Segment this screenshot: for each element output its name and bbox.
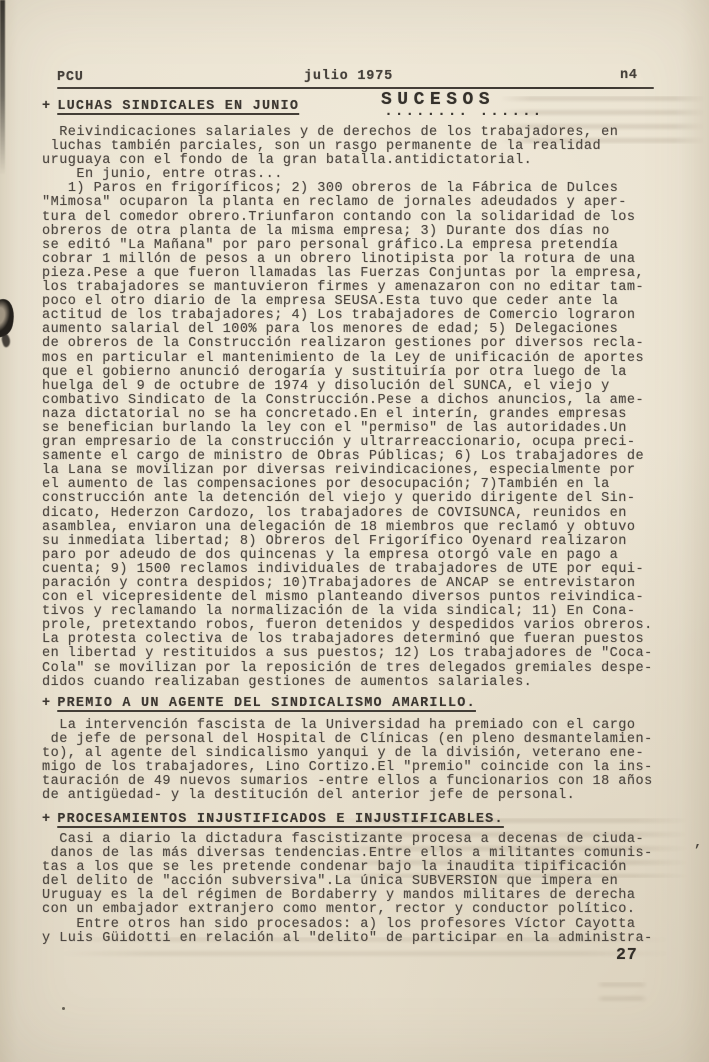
heading-marker: +: [42, 696, 51, 711]
ink-blob-tail-artifact: [0, 333, 12, 348]
scan-edge-shadow: [0, 0, 5, 175]
section-heading-text: PREMIO A UN AGENTE DEL SINDICALISMO AMAR…: [57, 696, 476, 711]
header-publication: PCU: [57, 70, 84, 85]
scanned-bulletin-page: PCU julio 1975 n4 SUCESOS ........ .....…: [0, 0, 709, 1062]
bleed-through-ghost: [596, 982, 648, 1004]
section-heading-text: LUCHAS SINDICALES EN JUNIO: [57, 99, 299, 114]
section-heading-procesamientos: +PROCESAMIENTOS INJUSTIFICADOS E INJUSTI…: [42, 812, 504, 827]
section-heading-luchas-sindicales: +LUCHAS SINDICALES EN JUNIO: [42, 99, 299, 114]
heading-marker: +: [42, 812, 51, 827]
ink-speck: [62, 1007, 65, 1010]
header-issue-number: n4: [620, 68, 638, 83]
section-heading-text: PROCESAMIENTOS INJUSTIFICADOS E INJUSTIF…: [57, 812, 503, 827]
section-heading-premio-agente: +PREMIO A UN AGENTE DEL SINDICALISMO AMA…: [42, 696, 476, 711]
header-date: julio 1975: [304, 69, 393, 84]
heading-marker: +: [42, 99, 51, 114]
masthead-underline: ........ ......: [384, 103, 543, 120]
section-body-procesamientos: Casi a diario la dictadura fascistizante…: [42, 833, 687, 946]
page-number: 27: [616, 945, 638, 964]
section-body-premio-agente: La intervención fascista de la Universid…: [42, 719, 687, 804]
stray-comma-mark: ,: [694, 836, 702, 851]
header-rule: [57, 87, 654, 89]
section-body-luchas-sindicales: Reivindicaciones salariales y de derecho…: [42, 126, 687, 690]
